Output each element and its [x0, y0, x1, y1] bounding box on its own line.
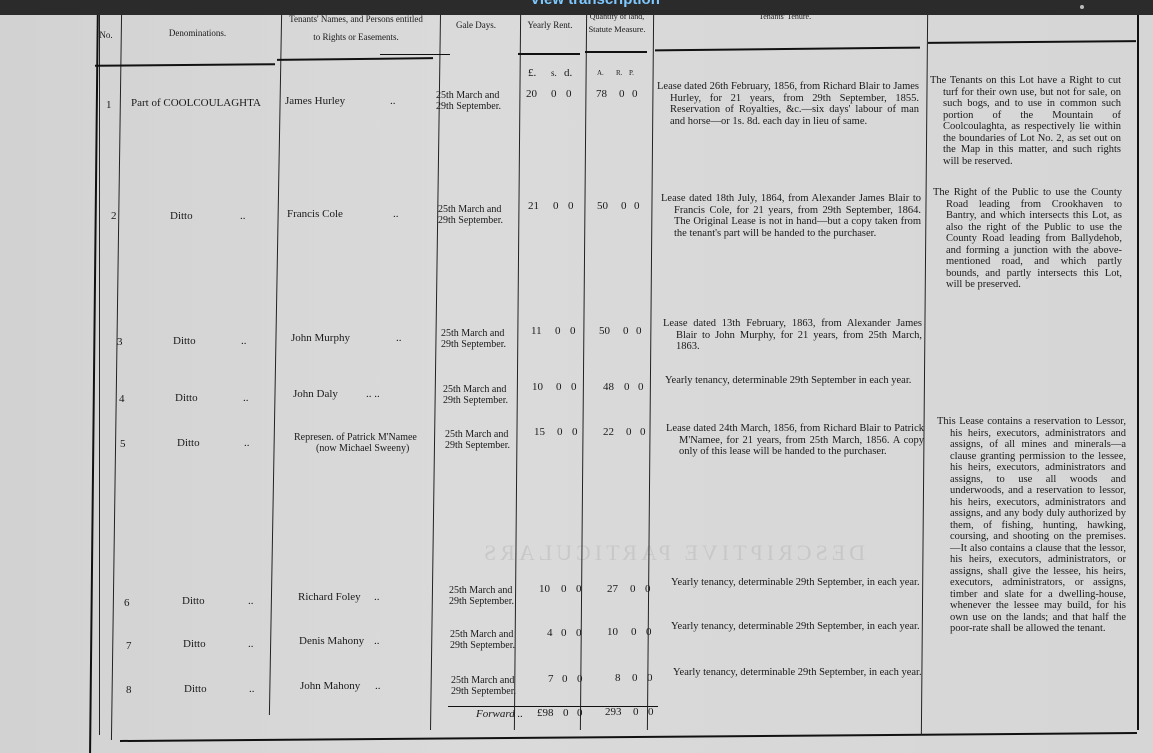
rent-shillings: 0	[561, 583, 567, 595]
document-page: DESCRIPTIVE PARTICULARS No. Denomination…	[0, 0, 1153, 753]
area-perches: 0	[636, 325, 642, 337]
row-denomination: Ditto	[182, 595, 205, 607]
rent-shillings: 0	[561, 627, 567, 639]
row-dots: ..	[240, 210, 246, 222]
header-underline	[95, 63, 275, 67]
row-tenant: James Hurley	[285, 95, 345, 107]
row-tenant-2: (now Michael Sweeny)	[316, 443, 409, 454]
row-tenant-dots: ..	[396, 332, 402, 344]
row-gale-2: 29th September.	[450, 640, 515, 651]
rent-pence: 0	[576, 627, 582, 639]
rent-shillings: 0	[557, 426, 563, 438]
row-tenure: Yearly tenancy, determinable 29th Septem…	[686, 667, 931, 679]
row-gale-2: 29th September.	[445, 440, 510, 451]
row-no: 8	[126, 684, 132, 696]
area-acres: 50	[597, 200, 608, 212]
rent-shillings: 0	[556, 381, 562, 393]
rent-pounds: 7	[548, 673, 554, 685]
row-observation: The Tenants on this Lot have a Right to …	[943, 75, 1121, 167]
row-gale-2: 29th September.	[443, 395, 508, 406]
col-divider	[111, 15, 122, 740]
row-denomination: Ditto	[175, 392, 198, 404]
forward-rent-shillings: 0	[563, 707, 569, 719]
row-tenant-dots: .. ..	[366, 388, 380, 400]
unit-pounds: £.	[528, 67, 536, 79]
rent-shillings: 0	[551, 88, 557, 100]
header-gale-days: Gale Days.	[436, 18, 516, 32]
row-tenant: Represen. of Patrick M'Namee	[294, 432, 417, 443]
row-tenant: John Murphy	[291, 332, 350, 344]
header-underline	[277, 57, 433, 61]
row-gale-1: 25th March and	[443, 384, 506, 395]
row-tenure: Yearly tenancy, determinable 29th Septem…	[678, 375, 924, 387]
row-tenure: Lease dated 18th July, 1864, from Alexan…	[674, 193, 921, 239]
row-tenure: Lease dated 24th March, 1856, from Richa…	[679, 423, 924, 458]
forward-area-acres: 293	[605, 706, 622, 718]
row-dots: ..	[248, 595, 254, 607]
row-dots: ..	[248, 638, 254, 650]
rent-shillings: 0	[562, 673, 568, 685]
area-acres: 50	[599, 325, 610, 337]
table-left-border	[89, 0, 99, 753]
area-perches: 0	[632, 88, 638, 100]
rent-pounds: 10	[539, 583, 550, 595]
row-gale-2: 29th September.	[451, 686, 516, 697]
area-acres: 10	[607, 626, 618, 638]
area-acres: 78	[596, 88, 607, 100]
view-transcription-button[interactable]: View transcription	[530, 0, 660, 8]
row-gale-2: 29th September.	[441, 339, 506, 350]
area-roods: 0	[619, 88, 625, 100]
rent-pence: 0	[572, 426, 578, 438]
unit-perches: P.	[629, 67, 634, 79]
unit-pence: d.	[564, 67, 572, 79]
row-no: 5	[120, 438, 126, 450]
header-underline	[585, 51, 647, 53]
area-roods: 0	[624, 381, 630, 393]
bar-indicator-icon	[1080, 5, 1084, 9]
forward-rent-pence: 0	[577, 707, 583, 719]
row-no: 2	[111, 210, 117, 222]
table-bottom-border	[120, 732, 1137, 742]
bleed-through-heading: DESCRIPTIVE PARTICULARS	[480, 540, 865, 566]
row-gale-1: 25th March and	[449, 585, 512, 596]
row-tenure: Lease dated 13th February, 1863, from Al…	[676, 318, 922, 353]
row-gale-2: 29th September.	[449, 596, 514, 607]
row-gale-1: 25th March and	[436, 90, 499, 101]
col-divider	[269, 15, 282, 715]
row-denomination: Ditto	[170, 210, 193, 222]
forward-area-perches: 0	[648, 706, 654, 718]
row-gale-1: 25th March and	[445, 429, 508, 440]
area-acres: 48	[603, 381, 614, 393]
area-acres: 22	[603, 426, 614, 438]
row-dots: ..	[241, 335, 247, 347]
row-denomination: Ditto	[184, 683, 207, 695]
row-gale-1: 25th March and	[451, 675, 514, 686]
row-tenant: Richard Foley	[298, 591, 361, 603]
table-right-border	[1137, 0, 1139, 730]
row-denomination: Part of COOLCOULAGHTA	[131, 97, 261, 109]
row-no: 6	[124, 597, 130, 609]
row-denomination: Ditto	[173, 335, 196, 347]
forward-label: Forward ..	[476, 708, 523, 720]
row-dots: ..	[243, 392, 249, 404]
row-no: 1	[106, 99, 112, 111]
header-underline	[518, 53, 580, 55]
row-no: 7	[126, 640, 132, 652]
row-tenure: Lease dated 26th February, 1856, from Ri…	[670, 81, 919, 127]
rent-pounds: 20	[526, 88, 537, 100]
rent-shillings: 0	[555, 325, 561, 337]
row-gale-2: 29th September.	[436, 101, 501, 112]
row-tenant-dots: ..	[374, 591, 380, 603]
rent-pounds: 10	[532, 381, 543, 393]
col-divider	[647, 15, 654, 730]
area-roods: 0	[623, 325, 629, 337]
area-perches: 0	[647, 672, 653, 684]
col-divider	[580, 15, 587, 730]
col-divider	[99, 15, 100, 735]
row-tenant-dots: ..	[374, 635, 380, 647]
header-denomination: Denominations.	[120, 26, 275, 40]
forward-area-roods: 0	[633, 706, 639, 718]
area-perches: 0	[645, 583, 651, 595]
row-observation: This Lease contains a reservation to Les…	[950, 416, 1126, 635]
row-no: 3	[117, 336, 123, 348]
col-divider	[430, 15, 441, 730]
header-underline	[380, 54, 450, 55]
col-divider	[514, 15, 521, 730]
area-roods: 0	[626, 426, 632, 438]
header-yearly-rent: Yearly Rent.	[517, 18, 583, 32]
row-tenant: John Mahony	[300, 680, 360, 692]
area-perches: 0	[640, 426, 646, 438]
header-tenants-2: to Rights or Easements.	[278, 30, 434, 44]
row-tenant-dots: ..	[390, 95, 396, 107]
unit-shillings: s.	[551, 67, 557, 79]
rent-pounds: 21	[528, 200, 539, 212]
header-underline	[655, 47, 920, 52]
area-perches: 0	[646, 626, 652, 638]
row-no: 4	[119, 393, 125, 405]
row-tenure: Yearly tenancy, determinable 29th Septem…	[684, 621, 929, 633]
rent-pounds: 11	[531, 325, 542, 337]
rent-pence: 0	[570, 325, 576, 337]
row-denomination: Ditto	[177, 437, 200, 449]
area-acres: 8	[615, 672, 621, 684]
rent-pence: 0	[576, 583, 582, 595]
row-gale-1: 25th March and	[450, 629, 513, 640]
rent-pounds: 4	[547, 627, 553, 639]
area-acres: 27	[607, 583, 618, 595]
row-dots: ..	[244, 437, 250, 449]
row-tenure: Yearly tenancy, determinable 29th Septem…	[684, 577, 929, 589]
area-roods: 0	[621, 200, 627, 212]
row-tenant: Francis Cole	[287, 208, 343, 220]
row-gale-1: 25th March and	[441, 328, 504, 339]
row-gale-2: 29th September.	[438, 215, 503, 226]
row-tenant: Denis Mahony	[299, 635, 364, 647]
row-observation: The Right of the Public to use the Count…	[946, 187, 1122, 291]
row-denomination: Ditto	[183, 638, 206, 650]
unit-acres: A.	[597, 67, 604, 79]
viewer-top-bar: View transcription	[0, 0, 1153, 15]
area-roods: 0	[631, 626, 637, 638]
area-roods: 0	[630, 583, 636, 595]
header-no: No.	[96, 28, 116, 42]
unit-roods: R.	[616, 67, 622, 79]
rent-pence: 0	[568, 200, 574, 212]
rent-pounds: 15	[534, 426, 545, 438]
row-gale-1: 25th March and	[438, 204, 501, 215]
row-tenant-dots: ..	[393, 208, 399, 220]
header-underline	[928, 40, 1136, 44]
row-dots: ..	[249, 683, 255, 695]
forward-rent-pounds: £98	[537, 707, 554, 719]
area-perches: 0	[634, 200, 640, 212]
rent-shillings: 0	[553, 200, 559, 212]
rent-pence: 0	[577, 673, 583, 685]
rent-pence: 0	[571, 381, 577, 393]
row-tenant: John Daly	[293, 388, 338, 400]
area-roods: 0	[632, 672, 638, 684]
area-perches: 0	[638, 381, 644, 393]
rent-pence: 0	[566, 88, 572, 100]
row-tenant-dots: ..	[375, 680, 381, 692]
header-quantity-2: Statute Measure.	[584, 22, 650, 36]
